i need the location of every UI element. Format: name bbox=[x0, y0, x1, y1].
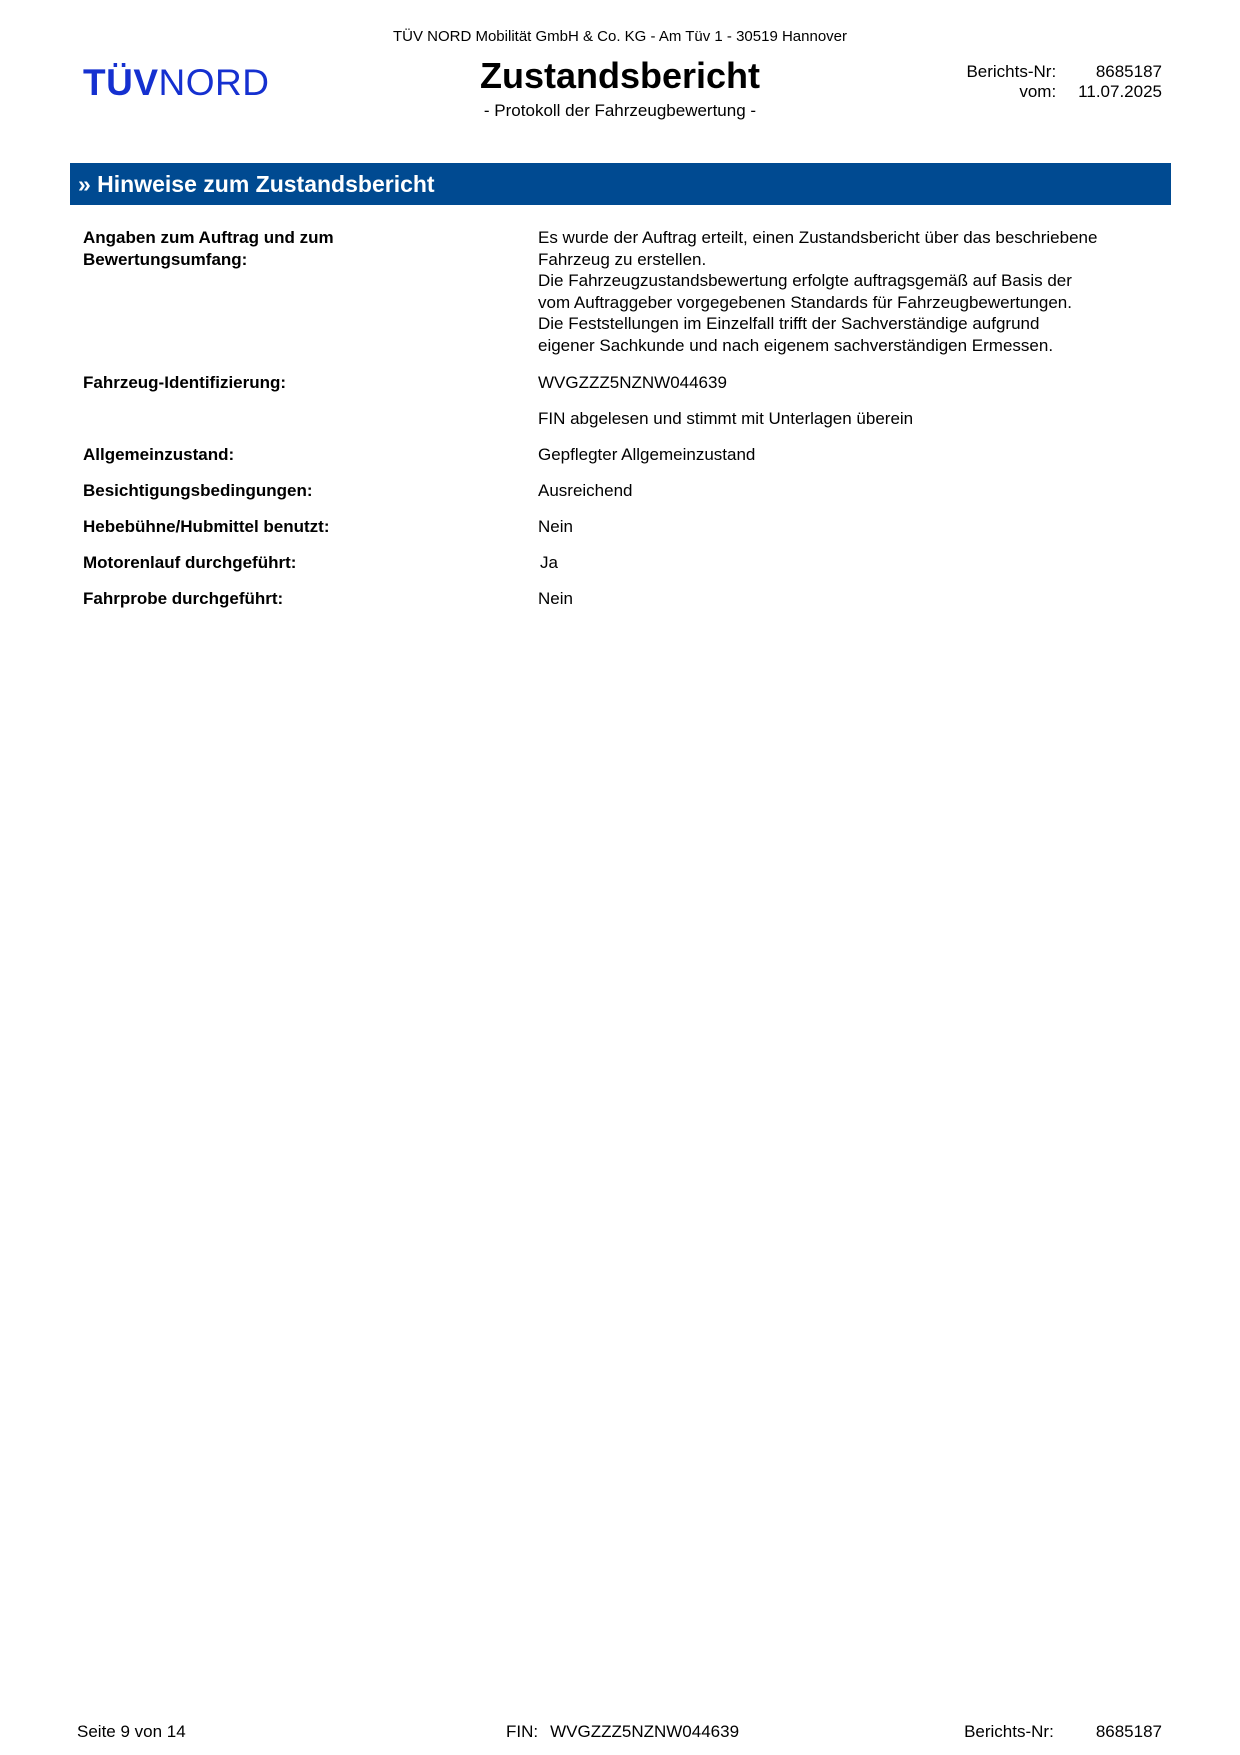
footer-report-number: Berichts-Nr:8685187 bbox=[964, 1722, 1162, 1742]
section-header: » Hinweise zum Zustandsbericht bbox=[70, 163, 1171, 205]
info-table: Angaben zum Auftrag und zum Bewertungsum… bbox=[83, 227, 1183, 610]
footer-fin-label: FIN: bbox=[506, 1722, 538, 1741]
row-hebebuehne: Hebebühne/Hubmittel benutzt: Nein bbox=[83, 516, 1183, 538]
company-address-line: TÜV NORD Mobilität GmbH & Co. KG - Am Tü… bbox=[0, 28, 1240, 45]
row-fin-check: FIN abgelesen und stimmt mit Unterlagen … bbox=[83, 408, 1183, 430]
row-value-fin: WVGZZZ5NZNW044639 bbox=[538, 372, 1183, 394]
row-motorenlauf: Motorenlauf durchgeführt: Ja bbox=[83, 552, 1183, 574]
footer-report-number-value: 8685187 bbox=[1096, 1722, 1162, 1741]
row-value: Nein bbox=[538, 516, 1183, 538]
row-value: Nein bbox=[538, 588, 1183, 610]
document-subtitle: - Protokoll der Fahrzeugbewertung - bbox=[0, 101, 1240, 121]
row-label: Angaben zum Auftrag und zum Bewertungsum… bbox=[83, 227, 538, 356]
row-label: Besichtigungsbedingungen: bbox=[83, 480, 538, 502]
footer-report-number-label: Berichts-Nr: bbox=[964, 1722, 1054, 1741]
row-besichtigungsbedingungen: Besichtigungsbedingungen: Ausreichend bbox=[83, 480, 1183, 502]
report-date: 11.07.2025 bbox=[1078, 82, 1162, 102]
row-allgemeinzustand: Allgemeinzustand: Gepflegter Allgemeinzu… bbox=[83, 444, 1183, 466]
row-label: Motorenlauf durchgeführt: bbox=[83, 552, 538, 574]
row-value: Ausreichend bbox=[538, 480, 1183, 502]
footer-fin: FIN:WVGZZZ5NZNW044639 bbox=[506, 1722, 739, 1742]
row-value: Ja bbox=[538, 552, 1183, 574]
row-label: Fahrprobe durchgeführt: bbox=[83, 588, 538, 610]
report-date-label: vom: bbox=[966, 82, 1078, 102]
report-meta: Berichts-Nr: 8685187 vom: 11.07.2025 bbox=[966, 62, 1162, 102]
row-auftrag: Angaben zum Auftrag und zum Bewertungsum… bbox=[83, 227, 1183, 356]
page-number: Seite 9 von 14 bbox=[77, 1722, 186, 1742]
row-value: FIN abgelesen und stimmt mit Unterlagen … bbox=[538, 408, 1183, 430]
row-value: Gepflegter Allgemeinzustand bbox=[538, 444, 1183, 466]
footer-fin-value: WVGZZZ5NZNW044639 bbox=[550, 1722, 739, 1741]
row-value: Es wurde der Auftrag erteilt, einen Zust… bbox=[538, 227, 1183, 356]
row-label: Fahrzeug-Identifizierung: bbox=[83, 372, 538, 394]
row-label: Allgemeinzustand: bbox=[83, 444, 538, 466]
row-label: Hebebühne/Hubmittel benutzt: bbox=[83, 516, 538, 538]
row-fahrprobe: Fahrprobe durchgeführt: Nein bbox=[83, 588, 1183, 610]
report-number-label: Berichts-Nr: bbox=[966, 62, 1078, 82]
report-number: 8685187 bbox=[1078, 62, 1162, 82]
row-label bbox=[83, 408, 538, 430]
row-fahrzeug-identifizierung: Fahrzeug-Identifizierung: WVGZZZ5NZNW044… bbox=[83, 372, 1183, 394]
